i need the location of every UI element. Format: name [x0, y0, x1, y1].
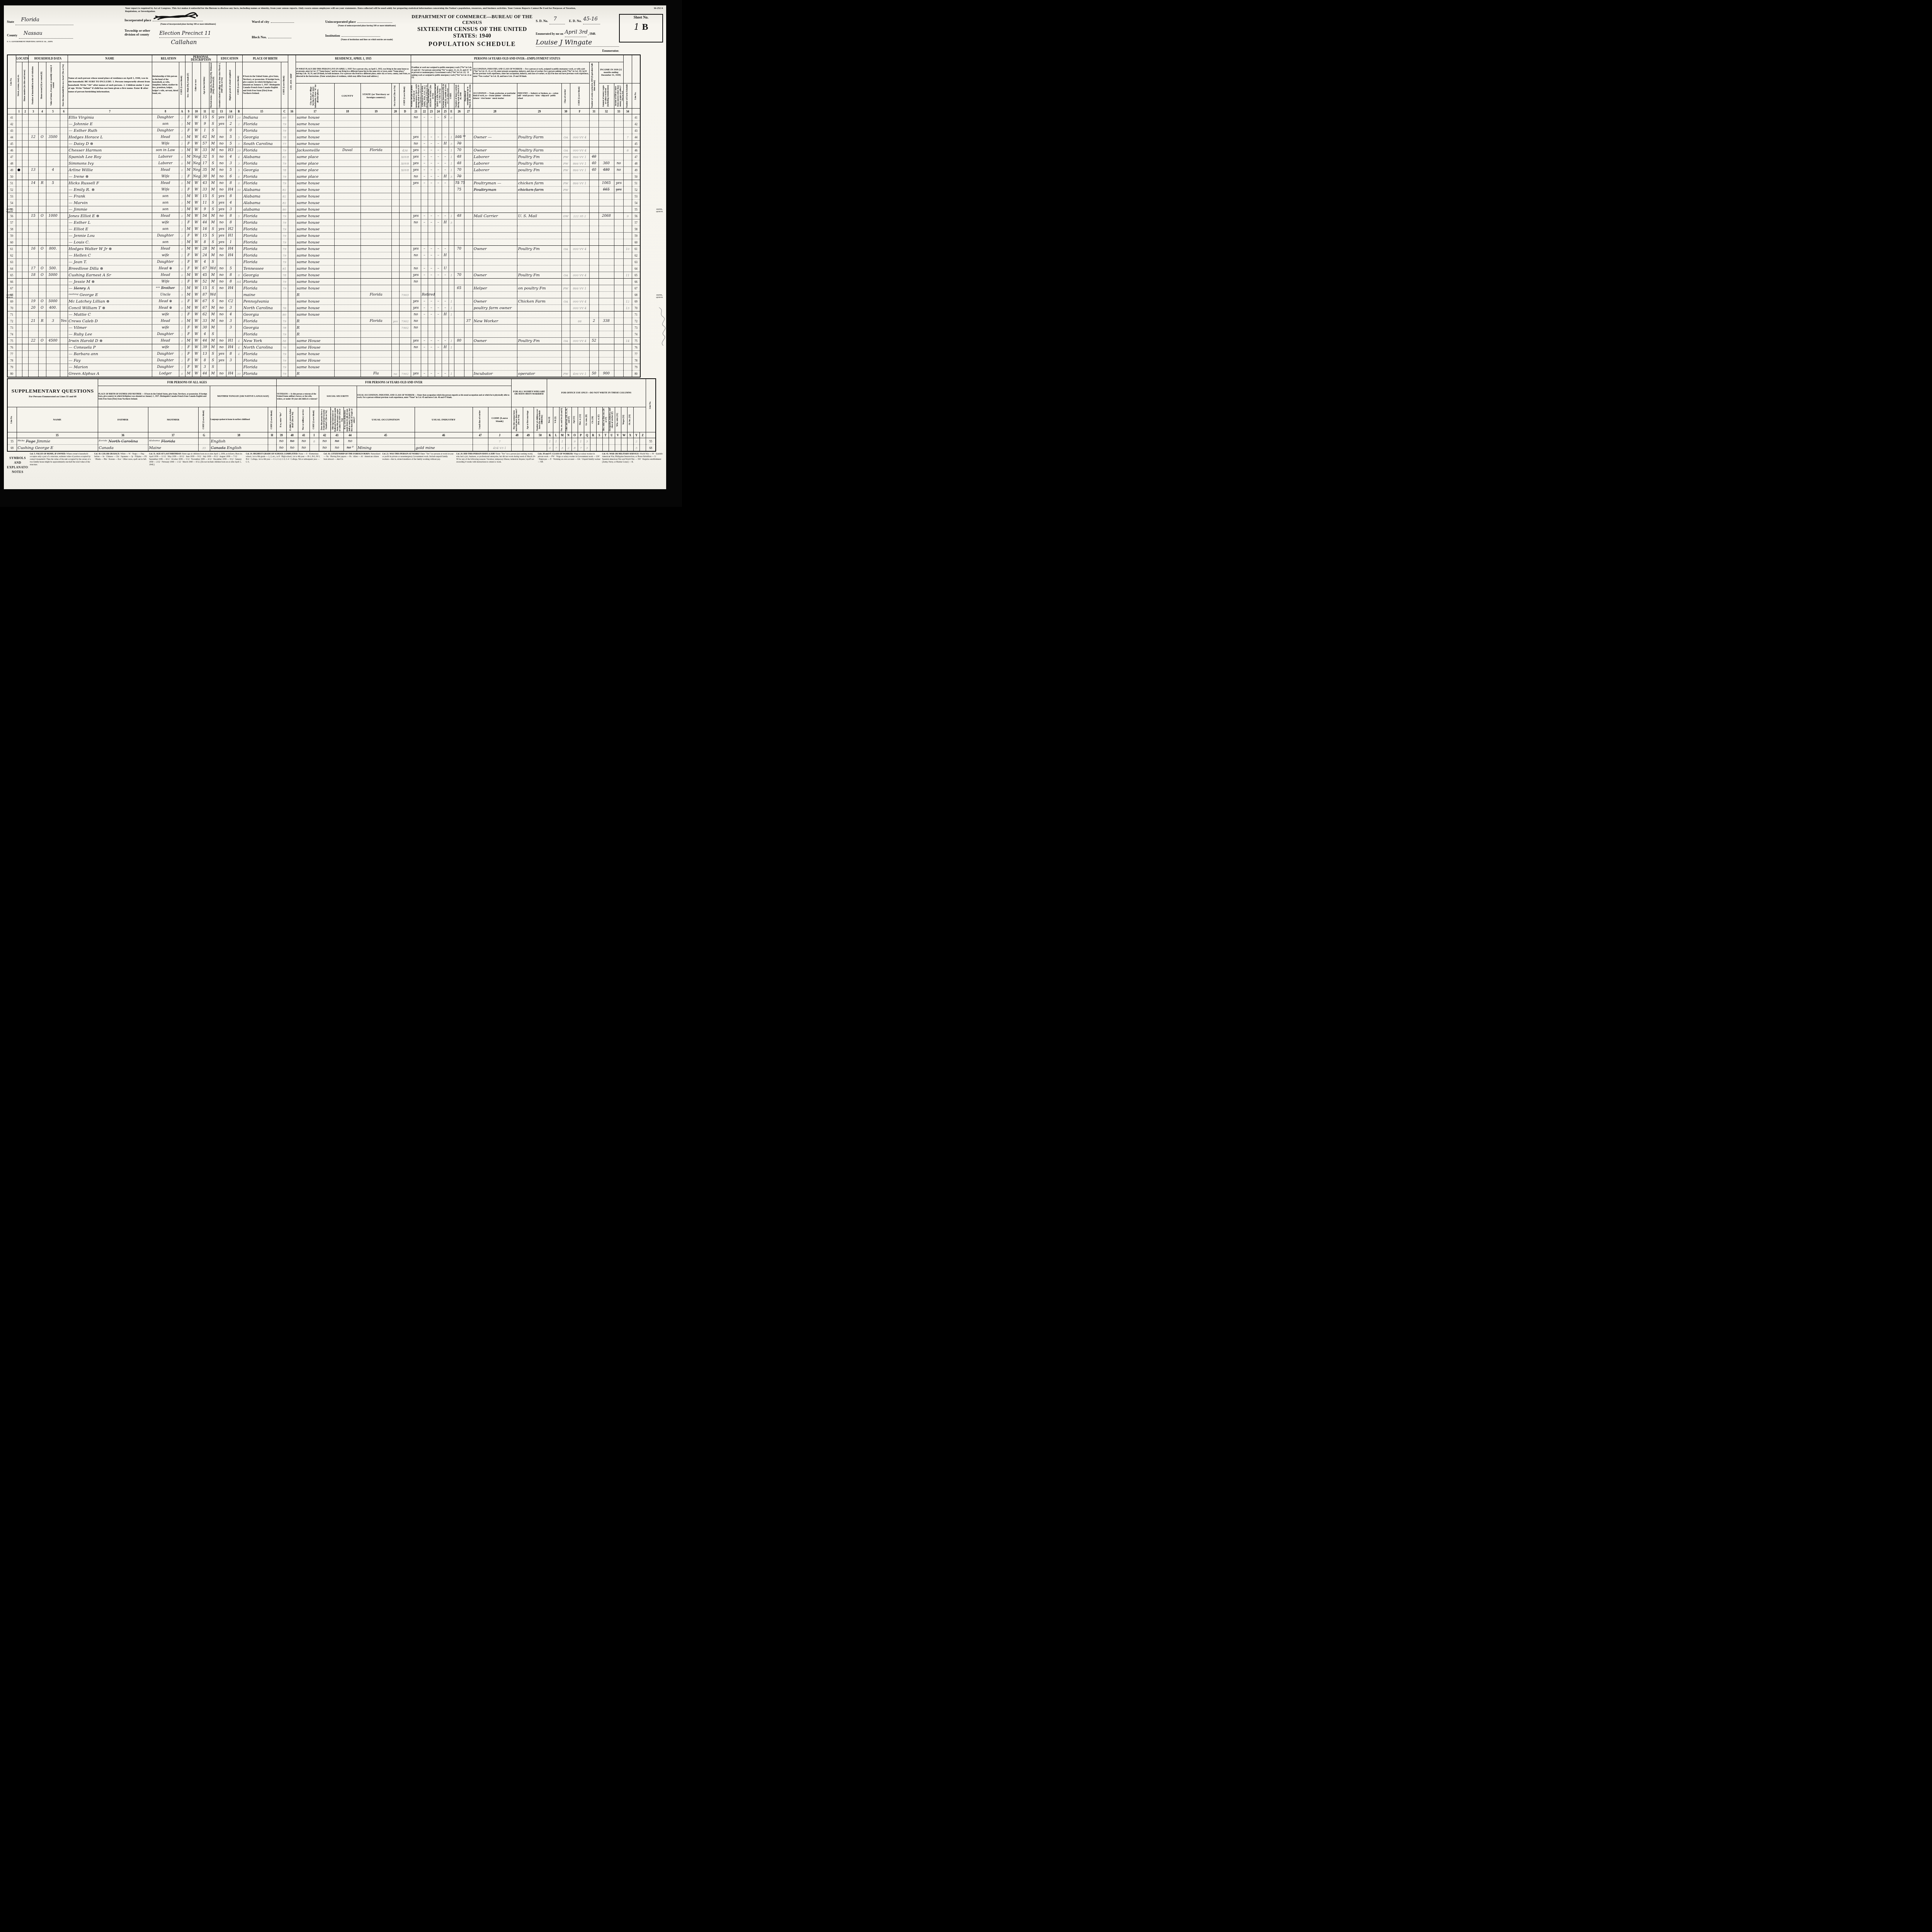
cell-county-1935 [334, 213, 361, 219]
sheet-suffix: B [642, 22, 648, 32]
cell-code-c: 79 [281, 233, 288, 239]
header-cell: NAME [68, 55, 152, 62]
cell-office-x [627, 445, 633, 452]
cell-line-no-right: 55 [646, 438, 656, 445]
cell-seeking-work: – [428, 265, 435, 272]
cell-office-t [602, 438, 609, 445]
header-cell: On a farm? (Yes or No) [391, 83, 399, 109]
cell-birthplace: Florida [242, 357, 281, 364]
cell-age: 35 [201, 167, 209, 173]
cell-line-no-right: 78 [632, 357, 640, 364]
cell-code-c: 82 [281, 154, 288, 160]
cell-weeks-1939: 52 [589, 338, 599, 344]
cell-office-l: 7 [553, 445, 559, 452]
cell-grade: 8 [226, 193, 235, 200]
cell-farm-schedule: 11 [623, 272, 632, 279]
cell-code-e [449, 279, 454, 285]
cell-occupation [473, 311, 517, 318]
cell-relation: Head ⊗ [152, 298, 179, 305]
cell-class-of-worker [561, 206, 570, 213]
cell-line-no-right: 71 [632, 311, 640, 318]
cell-attended-school: no [217, 305, 226, 311]
cell-occupation: Laborer [473, 167, 517, 173]
cell-household-number: 18 [28, 272, 38, 279]
cell-race: W [192, 357, 201, 364]
cell-hours-worked: 1̶0̶5̶ ⁹⁹ [454, 134, 464, 141]
cell-house-number [22, 154, 28, 160]
cell-county-1935 [334, 252, 361, 259]
column-number [632, 109, 640, 114]
cell-industry [517, 318, 561, 325]
cell-code-b: 30 [235, 371, 242, 378]
cell-have-job [435, 318, 442, 325]
cell-name: Hicks Russell F [68, 180, 152, 187]
table-row: 50— Irene ⊗Wife1FNeg30Mno66Florida79same… [7, 173, 640, 180]
cell-seeking-work [428, 239, 435, 246]
column-number: 34 [623, 109, 632, 114]
column-number: 27 [464, 109, 473, 114]
cell-code-f: 000 VV 4 [570, 272, 589, 279]
cell-sex: F [185, 219, 192, 226]
cell-hours-worked: 70 [454, 167, 464, 173]
cell-have-job [435, 239, 442, 246]
cell-code-d: 7902 [399, 318, 411, 325]
cell-farm [60, 200, 68, 206]
cell-farm-schedule [623, 331, 632, 338]
cell-farm: Yes [60, 318, 68, 325]
cell-farm-1935 [391, 213, 399, 219]
cell-house-number [22, 357, 28, 364]
cell-grade: 4 [226, 154, 235, 160]
cell-county-1935 [334, 141, 361, 147]
cell-attended-school: no [217, 219, 226, 226]
cell-office-z [639, 445, 646, 452]
cell-industry [517, 206, 561, 213]
cell-name: Crews Caleb D [68, 318, 152, 325]
cell-line-no-right: 44 [632, 134, 640, 141]
cell-hours-worked [454, 351, 464, 357]
cell-house-number [22, 226, 28, 233]
cell-other-income: no [614, 160, 623, 167]
cell-class-of-worker [561, 311, 570, 318]
cell-farm-schedule [623, 371, 632, 378]
cell-residence-1935: same House [296, 338, 334, 344]
cell-code-e [449, 121, 454, 128]
cell-marital: S [209, 351, 217, 357]
cell-state-1935 [361, 344, 391, 351]
cell-class-of-worker [561, 357, 570, 364]
cell-birthplace: Alabama [242, 187, 281, 193]
cell-street [16, 265, 22, 272]
header-cell: Street, avenue, road, etc. [16, 62, 22, 109]
cell-grade: 8 [226, 219, 235, 226]
cell-household-number [28, 193, 38, 200]
cell-age: 24 [201, 252, 209, 259]
sd-label: S. D. No. [536, 19, 548, 23]
column-number: Y [633, 432, 639, 438]
cell-home-value [46, 173, 60, 180]
cell-seeking-work: – [428, 272, 435, 279]
cell-household-number: 12 [28, 134, 38, 141]
cell-marital: S [209, 128, 217, 134]
cell-wages: 338 [599, 318, 614, 325]
cell-home-value [46, 344, 60, 351]
cell-street [16, 279, 22, 285]
cell-attended-school: no [217, 279, 226, 285]
cell-other-income [614, 298, 623, 305]
cell-have-job [435, 285, 442, 292]
cell-owned-rented [38, 252, 46, 259]
cell-citizenship [288, 246, 296, 252]
cell-name: Ellis Virginia [68, 114, 152, 121]
cell-at-work [411, 200, 421, 206]
cell-class-of-worker: PW [561, 285, 570, 292]
cell-industry [517, 311, 561, 318]
table-row: 57— Esther Lwife1FW44Mno8Florida79same h… [7, 219, 640, 226]
table-row: 62— Hellen Cwife1FW24MnoH4Florida79same … [7, 252, 640, 259]
cell-line-no-right: 79 [632, 364, 640, 371]
cell-mother-birthplace: ᴬˡᵃᵇᵃᵐᵃ F̶l̶o̶r̶i̶d̶a̶ [148, 438, 198, 445]
header-cell: RESIDENCE, APRIL 1, 1935 [296, 55, 411, 62]
cell-household-number [28, 364, 38, 371]
cell-hours-worked [454, 259, 464, 265]
cell-code-c: 79 [281, 213, 288, 219]
cell-line-no-left: 70 [7, 305, 16, 311]
cell-residence-1935: same house [296, 121, 334, 128]
cell-farm-schedule: 14 [623, 338, 632, 344]
cell-name: — Esther Ruth [68, 128, 152, 134]
cell-seeking-work: – [428, 213, 435, 219]
cell-code-g [198, 438, 210, 445]
cell-farm-schedule [623, 259, 632, 265]
cell-residence-1935: same house [296, 239, 334, 246]
cell-street: ● [16, 167, 22, 173]
cell-line-no-left: 74 [7, 331, 16, 338]
table-row: 55ᴴⁱᶜᵏˢ P̶a̶g̶e̶ Jimmieᶠˡᵒʳⁱᵈᵃ N̶o̶r̶t̶h… [7, 438, 656, 445]
cell-weeks-1939: 40 [589, 167, 599, 173]
cell-other-income [614, 338, 623, 344]
cell-birthplace: Florida [242, 318, 281, 325]
cell-usual-occupation [357, 438, 415, 445]
header-cell: COUNTY [334, 83, 361, 109]
cell-hours-worked: 7̶5̶ 75 [454, 180, 464, 187]
cell-occupation [473, 239, 517, 246]
cell-race: W [192, 318, 201, 325]
cell-race: W [192, 200, 201, 206]
cell-residence-1935: same house [296, 200, 334, 206]
cell-farm-schedule: 12 [623, 298, 632, 305]
cell-household-number [28, 233, 38, 239]
cell-code-c: 56 [281, 338, 288, 344]
cell-state-1935 [361, 193, 391, 200]
cell-have-job [435, 325, 442, 331]
cell-relation: Wife [152, 187, 179, 193]
cell-office-n: 2 [565, 445, 571, 452]
cell-age: 87 [201, 292, 209, 298]
cell-farm-schedule [623, 193, 632, 200]
sd-ed-block: S. D. No. 7 E. D. No. 45-16 Enumerated b… [536, 14, 619, 54]
cell-farm [60, 351, 68, 357]
cell-unemployment-weeks [464, 265, 473, 272]
cell-household-number [28, 292, 38, 298]
header-cell: Line No. [646, 379, 656, 432]
cell-code-b [235, 292, 242, 298]
cell-age: 4 [201, 259, 209, 265]
cell-owned-rented: O [38, 134, 46, 141]
cell-farm-1935 [391, 252, 399, 259]
cell-usual-class [473, 445, 488, 452]
cell-residence-1935: same house [296, 213, 334, 219]
cell-seeking-work [428, 200, 435, 206]
cell-seeking-work: – [428, 167, 435, 173]
cell-weeks-1939: 2 [589, 318, 599, 325]
cell-code-c: 80 [281, 206, 288, 213]
cell-wages: 2068 [599, 213, 614, 219]
table-row: 73— Vilmerwife1FW30M3Georgia78R7902no73 [7, 325, 640, 331]
cell-code-b [235, 318, 242, 325]
cell-office-u [609, 438, 615, 445]
cell-state-1935: Fla [361, 371, 391, 378]
cell-street [16, 180, 22, 187]
cell-at-work [411, 331, 421, 338]
cell-street [16, 134, 22, 141]
cell-code-e: 1 [449, 338, 454, 344]
left-fields: State Florida County Nassau U. S. GOVERN… [7, 14, 124, 54]
cell-code-e: 1 [449, 147, 454, 154]
cell-line-no-left: 71 [7, 311, 16, 318]
cell-county-1935 [334, 187, 361, 193]
cell-line-no-right: 72 [632, 318, 640, 325]
cell-industry [517, 325, 561, 331]
cell-street [16, 187, 22, 193]
cell-weeks-1939 [589, 265, 599, 272]
cell-wages [599, 233, 614, 239]
cell-relation: son [152, 193, 179, 200]
cell-residence-1935: Jacksonville [296, 147, 334, 154]
cell-marital: S [209, 193, 217, 200]
cell-code-i [310, 445, 319, 452]
cell-citizenship [288, 167, 296, 173]
table-row: 42— Johnnie Eson2MW9Syes22Florida79same … [7, 121, 640, 128]
column-number: 7 [68, 109, 152, 114]
cell-race: W [192, 351, 201, 357]
cell-farm-1935 [391, 239, 399, 246]
cell-citizenship [288, 344, 296, 351]
cell-house-number [22, 351, 28, 357]
cell-other-income: y̶e̶s̶ [614, 187, 623, 193]
header-cell: Relationship of this person to the head … [152, 62, 179, 109]
column-number: 18 [334, 109, 361, 114]
cell-farm [60, 246, 68, 252]
header-cell: If not seeking work, did he HAVE A JOB, … [435, 83, 442, 109]
cell-name: Breedlove Dilla ⊗ [68, 265, 152, 272]
header-cell: CODE (Leave blank) [310, 407, 319, 432]
cell-occupation [473, 200, 517, 206]
cell-other-income [614, 331, 623, 338]
cell-street [16, 200, 22, 206]
cell-unemployment-weeks [464, 351, 473, 357]
cell-marital: S [209, 298, 217, 305]
cell-street [16, 305, 22, 311]
cell-line-no-left: 41 [7, 114, 16, 121]
cell-citizenship [288, 134, 296, 141]
cell-hours-worked: 70 [454, 272, 464, 279]
cell-line-no-right: 76 [632, 344, 640, 351]
cell-ss-deductions: no [330, 445, 344, 452]
cell-county-1935 [334, 114, 361, 121]
header-cell: PLACE OF BIRTH [242, 55, 288, 62]
cell-farm-schedule: 10 [623, 246, 632, 252]
cell-age-first-marriage [523, 438, 534, 445]
cell-emergency-work: – [421, 311, 428, 318]
header-cell: Indicate whether engaged in home housewo… [442, 83, 449, 109]
cell-marital: Wd [209, 265, 217, 272]
cell-code-f: 000 VV 4 [570, 305, 589, 311]
cell-race: W [192, 141, 201, 147]
cell-household-number [28, 279, 38, 285]
cell-code-a: 2 [179, 239, 185, 246]
header-cell: Ot. inc. (33) [627, 407, 633, 432]
cell-home-value [46, 114, 60, 121]
header-cell: OCCUPATION, INDUSTRY, AND CLASS OF WORKE… [473, 62, 589, 83]
cell-code-d [399, 239, 411, 246]
cell-weeks-1939 [589, 114, 599, 121]
cell-attended-school: no [217, 187, 226, 193]
cell-line-no-right: 54 [632, 200, 640, 206]
cell-industry [517, 173, 561, 180]
cell-ss-deduction-rate: n̶o̶ ⁰ [344, 445, 357, 452]
cell-code-c: 79 [281, 246, 288, 252]
cell-unemployment-weeks [464, 331, 473, 338]
cell-age: 9 [201, 206, 209, 213]
cell-wages [599, 311, 614, 318]
cell-occupation [473, 279, 517, 285]
cell-industry [517, 121, 561, 128]
cell-name: — Barbara ann [68, 351, 152, 357]
cell-farm-schedule [623, 318, 632, 325]
cell-weeks-1939 [589, 259, 599, 265]
cell-seeking-work [428, 193, 435, 200]
cell-code-f [570, 233, 589, 239]
cell-hours-worked [454, 344, 464, 351]
cell-ss-deductions: n̶o̶ [330, 438, 344, 445]
cell-house-number [22, 180, 28, 187]
cell-street [16, 371, 22, 378]
cell-have-job: – [435, 180, 442, 187]
cell-race: W [192, 292, 201, 298]
column-number: 25 [442, 109, 449, 114]
cell-state-1935 [361, 298, 391, 305]
column-number [646, 432, 656, 438]
cell-marital: M [209, 219, 217, 226]
cell-marital: M [209, 187, 217, 193]
header-cell: USUAL OCCUPATION, INDUSTRY, AND CLASS OF… [357, 386, 511, 407]
cell-class-of-worker [561, 259, 570, 265]
cell-state-1935 [361, 305, 391, 311]
cell-name: — Irene ⊗ [68, 173, 152, 180]
cell-other-income [614, 279, 623, 285]
cell-relation: wife [152, 219, 179, 226]
cell-birthplace: Florida [242, 147, 281, 154]
cell-weeks-1939 [589, 193, 599, 200]
cell-code-b: 5 [235, 141, 242, 147]
cell-code-b: 20 [235, 114, 242, 121]
header-cell: PERSONAL DESCRIPTION [185, 55, 217, 62]
cell-owned-rented [38, 154, 46, 160]
table-row: 80Green Alphus ALodger6MW44MnoH430Florid… [7, 371, 640, 378]
cell-class-of-worker: OA [561, 298, 570, 305]
cell-grade: 3 [226, 318, 235, 325]
cell-farm-1935 [391, 298, 399, 305]
cell-code-a: 2 [179, 351, 185, 357]
header-cell: Marital status—Single (S), Married (M), … [209, 62, 217, 109]
cell-engaged-in: U [442, 265, 449, 272]
cell-code-e [449, 233, 454, 239]
cell-residence-1935: same house [296, 305, 334, 311]
cell-farm [60, 298, 68, 305]
cell-at-work: yes [411, 154, 421, 160]
cell-street [16, 331, 22, 338]
cell-birthplace: Alabama [242, 154, 281, 160]
column-number: F [570, 109, 589, 114]
cell-code-c: 79 [281, 279, 288, 285]
cell-farm-1935 [391, 121, 399, 128]
cell-code-f [570, 128, 589, 134]
margin-label-suppl-55-left: SUPPL. QUEST. [5, 209, 15, 213]
cell-code-b: 5 [235, 134, 242, 141]
cell-class-of-worker [561, 193, 570, 200]
cell-hours-worked [454, 193, 464, 200]
cell-industry [517, 114, 561, 121]
column-number: 13 [217, 109, 226, 114]
column-number: 14 [226, 109, 235, 114]
cell-citizenship [288, 311, 296, 318]
cell-code-f [570, 331, 589, 338]
cell-household-number [28, 371, 38, 378]
cell-code-a: 2 [179, 357, 185, 364]
cell-seeking-work [428, 206, 435, 213]
cell-emergency-work: – [421, 141, 428, 147]
header-cell: USUAL INDUSTRY [415, 407, 473, 432]
cell-street [16, 147, 22, 154]
cell-code-c: 79 [281, 351, 288, 357]
cell-seeking-work [428, 187, 435, 193]
cell-relation: Laborer [152, 154, 179, 160]
column-number: 1 [16, 109, 22, 114]
cell-marital: M [209, 272, 217, 279]
cell-engaged-in: – [442, 298, 449, 305]
cell-farm [60, 206, 68, 213]
cell-emergency-work: – [421, 114, 428, 121]
cell-have-job: – [435, 114, 442, 121]
cell-relation: Daughter [152, 114, 179, 121]
cell-owned-rented [38, 311, 46, 318]
header-cell: CITI- ZEN- SHIP [288, 55, 296, 109]
cell-code-f: 000 VV 4 [570, 246, 589, 252]
cell-code-a: 0 [179, 213, 185, 219]
cell-name: — Jessie M ⊗ [68, 279, 152, 285]
cell-farm-schedule [623, 160, 632, 167]
cell-class-of-worker: PW [561, 187, 570, 193]
cell-home-value [46, 187, 60, 193]
cell-line-no-left: 50 [7, 173, 16, 180]
cell-county-1935 [334, 364, 361, 371]
cell-code-b [235, 193, 242, 200]
cell-marital: M [209, 252, 217, 259]
cell-home-value: 3500 [46, 134, 60, 141]
cell-street [16, 226, 22, 233]
cell-relation: son [152, 239, 179, 246]
